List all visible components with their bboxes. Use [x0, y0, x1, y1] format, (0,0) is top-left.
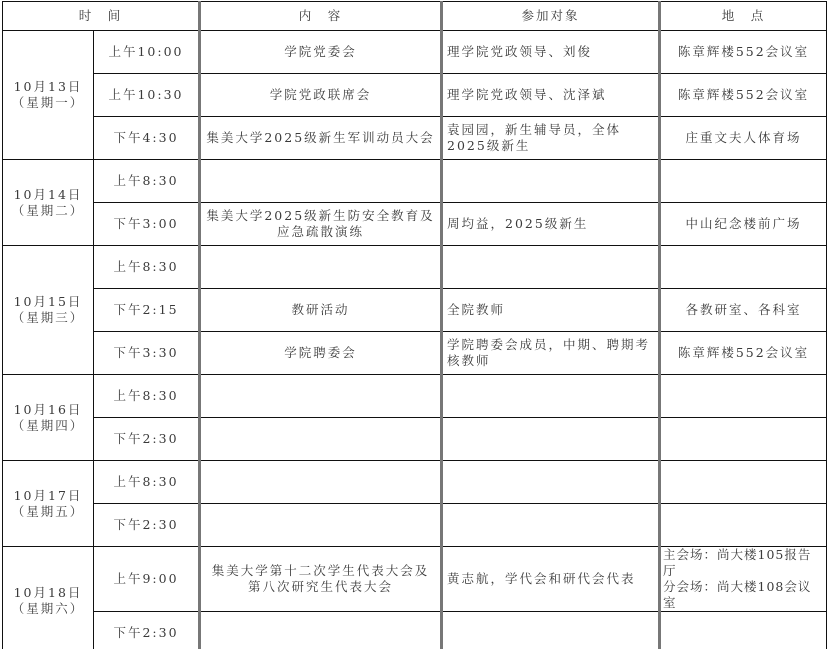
content-cell — [200, 160, 442, 203]
participants-cell — [442, 418, 660, 461]
header-location: 地 点 — [660, 2, 827, 31]
content-cell — [200, 246, 442, 289]
date-label: 10月14日 — [7, 187, 89, 203]
content-cell: 集美大学2025级新生军训动员大会 — [200, 117, 442, 160]
time-cell: 下午2:30 — [94, 504, 200, 547]
participants-cell: 袁园园，新生辅导员，全体2025级新生 — [442, 117, 660, 160]
location-cell — [660, 246, 827, 289]
date-label: 10月15日 — [7, 294, 89, 310]
time-cell: 上午9:00 — [94, 547, 200, 612]
date-cell: 10月17日（星期五） — [3, 461, 94, 547]
location-cell: 中山纪念楼前广场 — [660, 203, 827, 246]
participants-cell — [442, 461, 660, 504]
table-row: 下午4:30集美大学2025级新生军训动员大会袁园园，新生辅导员，全体2025级… — [3, 117, 827, 160]
participants-cell — [442, 504, 660, 547]
time-cell: 上午8:30 — [94, 246, 200, 289]
location-cell: 陈章辉楼552会议室 — [660, 31, 827, 74]
table-row: 下午2:30 — [3, 612, 827, 649]
date-label: 10月13日 — [7, 79, 89, 95]
time-cell: 上午8:30 — [94, 461, 200, 504]
date-label: 10月18日 — [7, 585, 89, 601]
participants-cell: 学院聘委会成员，中期、聘期考核教师 — [442, 332, 660, 375]
content-cell: 学院聘委会 — [200, 332, 442, 375]
table-row: 10月16日（星期四）上午8:30 — [3, 375, 827, 418]
date-label: 10月16日 — [7, 402, 89, 418]
content-cell — [200, 612, 442, 649]
date-cell: 10月15日（星期三） — [3, 246, 94, 375]
weekday-label: （星期六） — [7, 601, 89, 617]
participants-cell: 全院教师 — [442, 289, 660, 332]
time-cell: 上午8:30 — [94, 160, 200, 203]
location-cell — [660, 504, 827, 547]
header-content: 内 容 — [200, 2, 442, 31]
date-cell: 10月16日（星期四） — [3, 375, 94, 461]
participants-cell: 黄志航，学代会和研代会代表 — [442, 547, 660, 612]
content-cell: 集美大学第十二次学生代表大会及第八次研究生代表大会 — [200, 547, 442, 612]
table-row: 10月17日（星期五）上午8:30 — [3, 461, 827, 504]
content-cell: 集美大学2025级新生防安全教育及应急疏散演练 — [200, 203, 442, 246]
location-cell: 庄重文夫人体育场 — [660, 117, 827, 160]
location-cell: 各教研室、各科室 — [660, 289, 827, 332]
time-cell: 下午2:15 — [94, 289, 200, 332]
location-cell — [660, 160, 827, 203]
time-cell: 上午8:30 — [94, 375, 200, 418]
content-cell — [200, 461, 442, 504]
table-row: 下午3:00集美大学2025级新生防安全教育及应急疏散演练周均益，2025级新生… — [3, 203, 827, 246]
date-cell: 10月13日（星期一） — [3, 31, 94, 160]
location-cell — [660, 461, 827, 504]
table-row: 10月15日（星期三）上午8:30 — [3, 246, 827, 289]
content-cell — [200, 418, 442, 461]
participants-cell: 理学院党政领导、沈泽斌 — [442, 74, 660, 117]
time-cell: 上午10:30 — [94, 74, 200, 117]
location-cell — [660, 612, 827, 649]
content-cell: 教研活动 — [200, 289, 442, 332]
header-time: 时 间 — [3, 2, 200, 31]
participants-cell — [442, 160, 660, 203]
content-cell — [200, 375, 442, 418]
location-cell: 陈章辉楼552会议室 — [660, 332, 827, 375]
schedule-table: 时 间 内 容 参加对象 地 点 10月13日（星期一）上午10:00学院党委会… — [2, 1, 827, 649]
table-row: 10月14日（星期二）上午8:30 — [3, 160, 827, 203]
participants-cell — [442, 246, 660, 289]
participants-cell — [442, 375, 660, 418]
weekday-label: （星期二） — [7, 203, 89, 219]
table-row: 下午2:15教研活动全院教师各教研室、各科室 — [3, 289, 827, 332]
table-row: 下午3:30学院聘委会学院聘委会成员，中期、聘期考核教师陈章辉楼552会议室 — [3, 332, 827, 375]
weekday-label: （星期三） — [7, 310, 89, 326]
time-cell: 下午4:30 — [94, 117, 200, 160]
weekday-label: （星期一） — [7, 95, 89, 111]
weekday-label: （星期五） — [7, 504, 89, 520]
content-cell: 学院党政联席会 — [200, 74, 442, 117]
location-cell: 主会场：尚大楼105报告厅 分会场：尚大楼108会议室 — [660, 547, 827, 612]
header-participants: 参加对象 — [442, 2, 660, 31]
table-row: 10月18日（星期六）上午9:00集美大学第十二次学生代表大会及第八次研究生代表… — [3, 547, 827, 612]
table-row: 下午2:30 — [3, 418, 827, 461]
date-label: 10月17日 — [7, 488, 89, 504]
header-row: 时 间 内 容 参加对象 地 点 — [3, 2, 827, 31]
location-cell — [660, 375, 827, 418]
content-cell — [200, 504, 442, 547]
table-row: 上午10:30学院党政联席会理学院党政领导、沈泽斌陈章辉楼552会议室 — [3, 74, 827, 117]
date-cell: 10月14日（星期二） — [3, 160, 94, 246]
time-cell: 下午3:00 — [94, 203, 200, 246]
content-cell: 学院党委会 — [200, 31, 442, 74]
table-row: 10月13日（星期一）上午10:00学院党委会理学院党政领导、刘俊陈章辉楼552… — [3, 31, 827, 74]
time-cell: 下午2:30 — [94, 418, 200, 461]
participants-cell: 周均益，2025级新生 — [442, 203, 660, 246]
weekday-label: （星期四） — [7, 418, 89, 434]
location-cell — [660, 418, 827, 461]
participants-cell — [442, 612, 660, 649]
time-cell: 上午10:00 — [94, 31, 200, 74]
table-row: 下午2:30 — [3, 504, 827, 547]
time-cell: 下午2:30 — [94, 612, 200, 649]
participants-cell: 理学院党政领导、刘俊 — [442, 31, 660, 74]
date-cell: 10月18日（星期六） — [3, 547, 94, 649]
location-cell: 陈章辉楼552会议室 — [660, 74, 827, 117]
time-cell: 下午3:30 — [94, 332, 200, 375]
